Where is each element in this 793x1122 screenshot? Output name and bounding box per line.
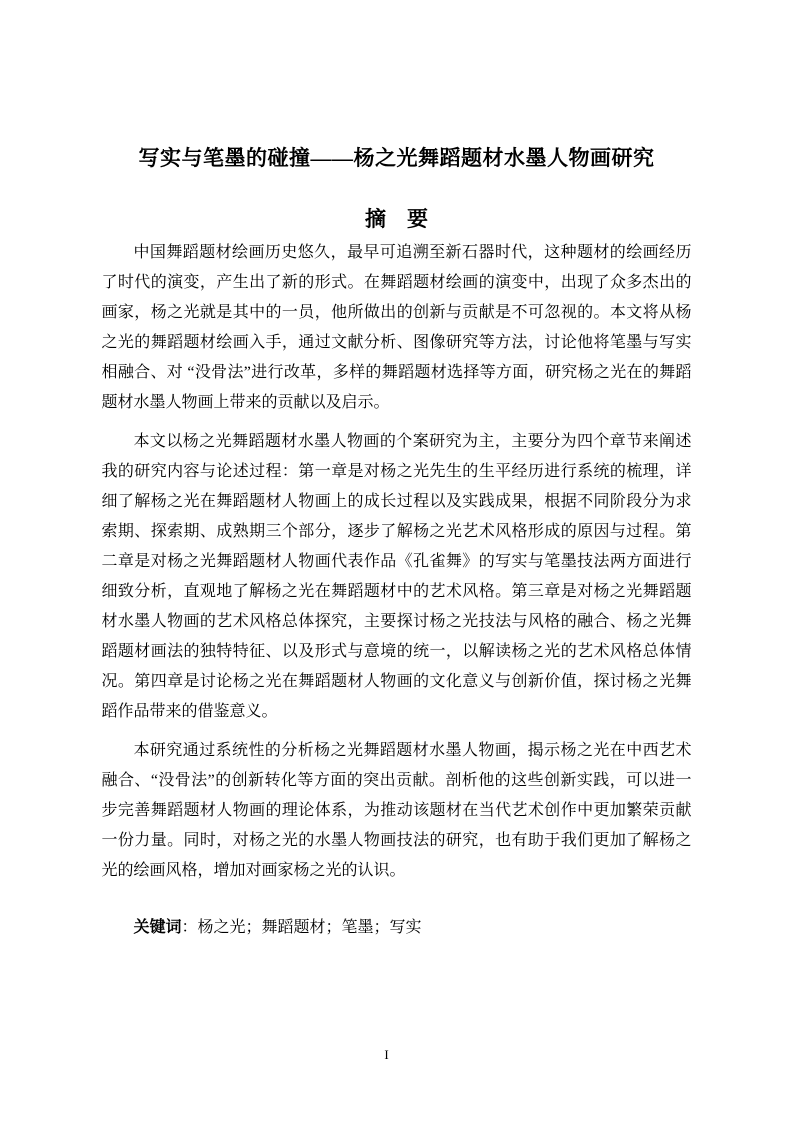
abstract-heading: 摘 要 (0, 204, 793, 234)
page-number: I (0, 1047, 773, 1062)
abstract-paragraph-2: 本文以杨之光舞蹈题材水墨人物画的个案研究为主，主要分为四个章节来阐述我的研究内容… (102, 427, 692, 727)
document-page: 写实与笔墨的碰撞——杨之光舞蹈题材水墨人物画研究 摘 要 中国舞蹈题材绘画历史悠… (0, 0, 793, 1122)
abstract-paragraph-3: 本研究通过系统性的分析杨之光舞蹈题材水墨人物画，揭示杨之光在中西艺术融合、“没骨… (102, 736, 692, 886)
abstract-body: 中国舞蹈题材绘画历史悠久，最早可追溯至新石器时代，这种题材的绘画经历了时代的演变… (102, 238, 692, 943)
document-title: 写实与笔墨的碰撞——杨之光舞蹈题材水墨人物画研究 (0, 143, 793, 173)
keywords-line: 关键词：杨之光；舞蹈题材；笔墨；写实 (102, 913, 692, 943)
keywords-values: ：杨之光；舞蹈题材；笔墨；写实 (182, 919, 422, 936)
keywords-label: 关键词 (134, 919, 182, 936)
abstract-paragraph-1: 中国舞蹈题材绘画历史悠久，最早可追溯至新石器时代，这种题材的绘画经历了时代的演变… (102, 238, 692, 418)
